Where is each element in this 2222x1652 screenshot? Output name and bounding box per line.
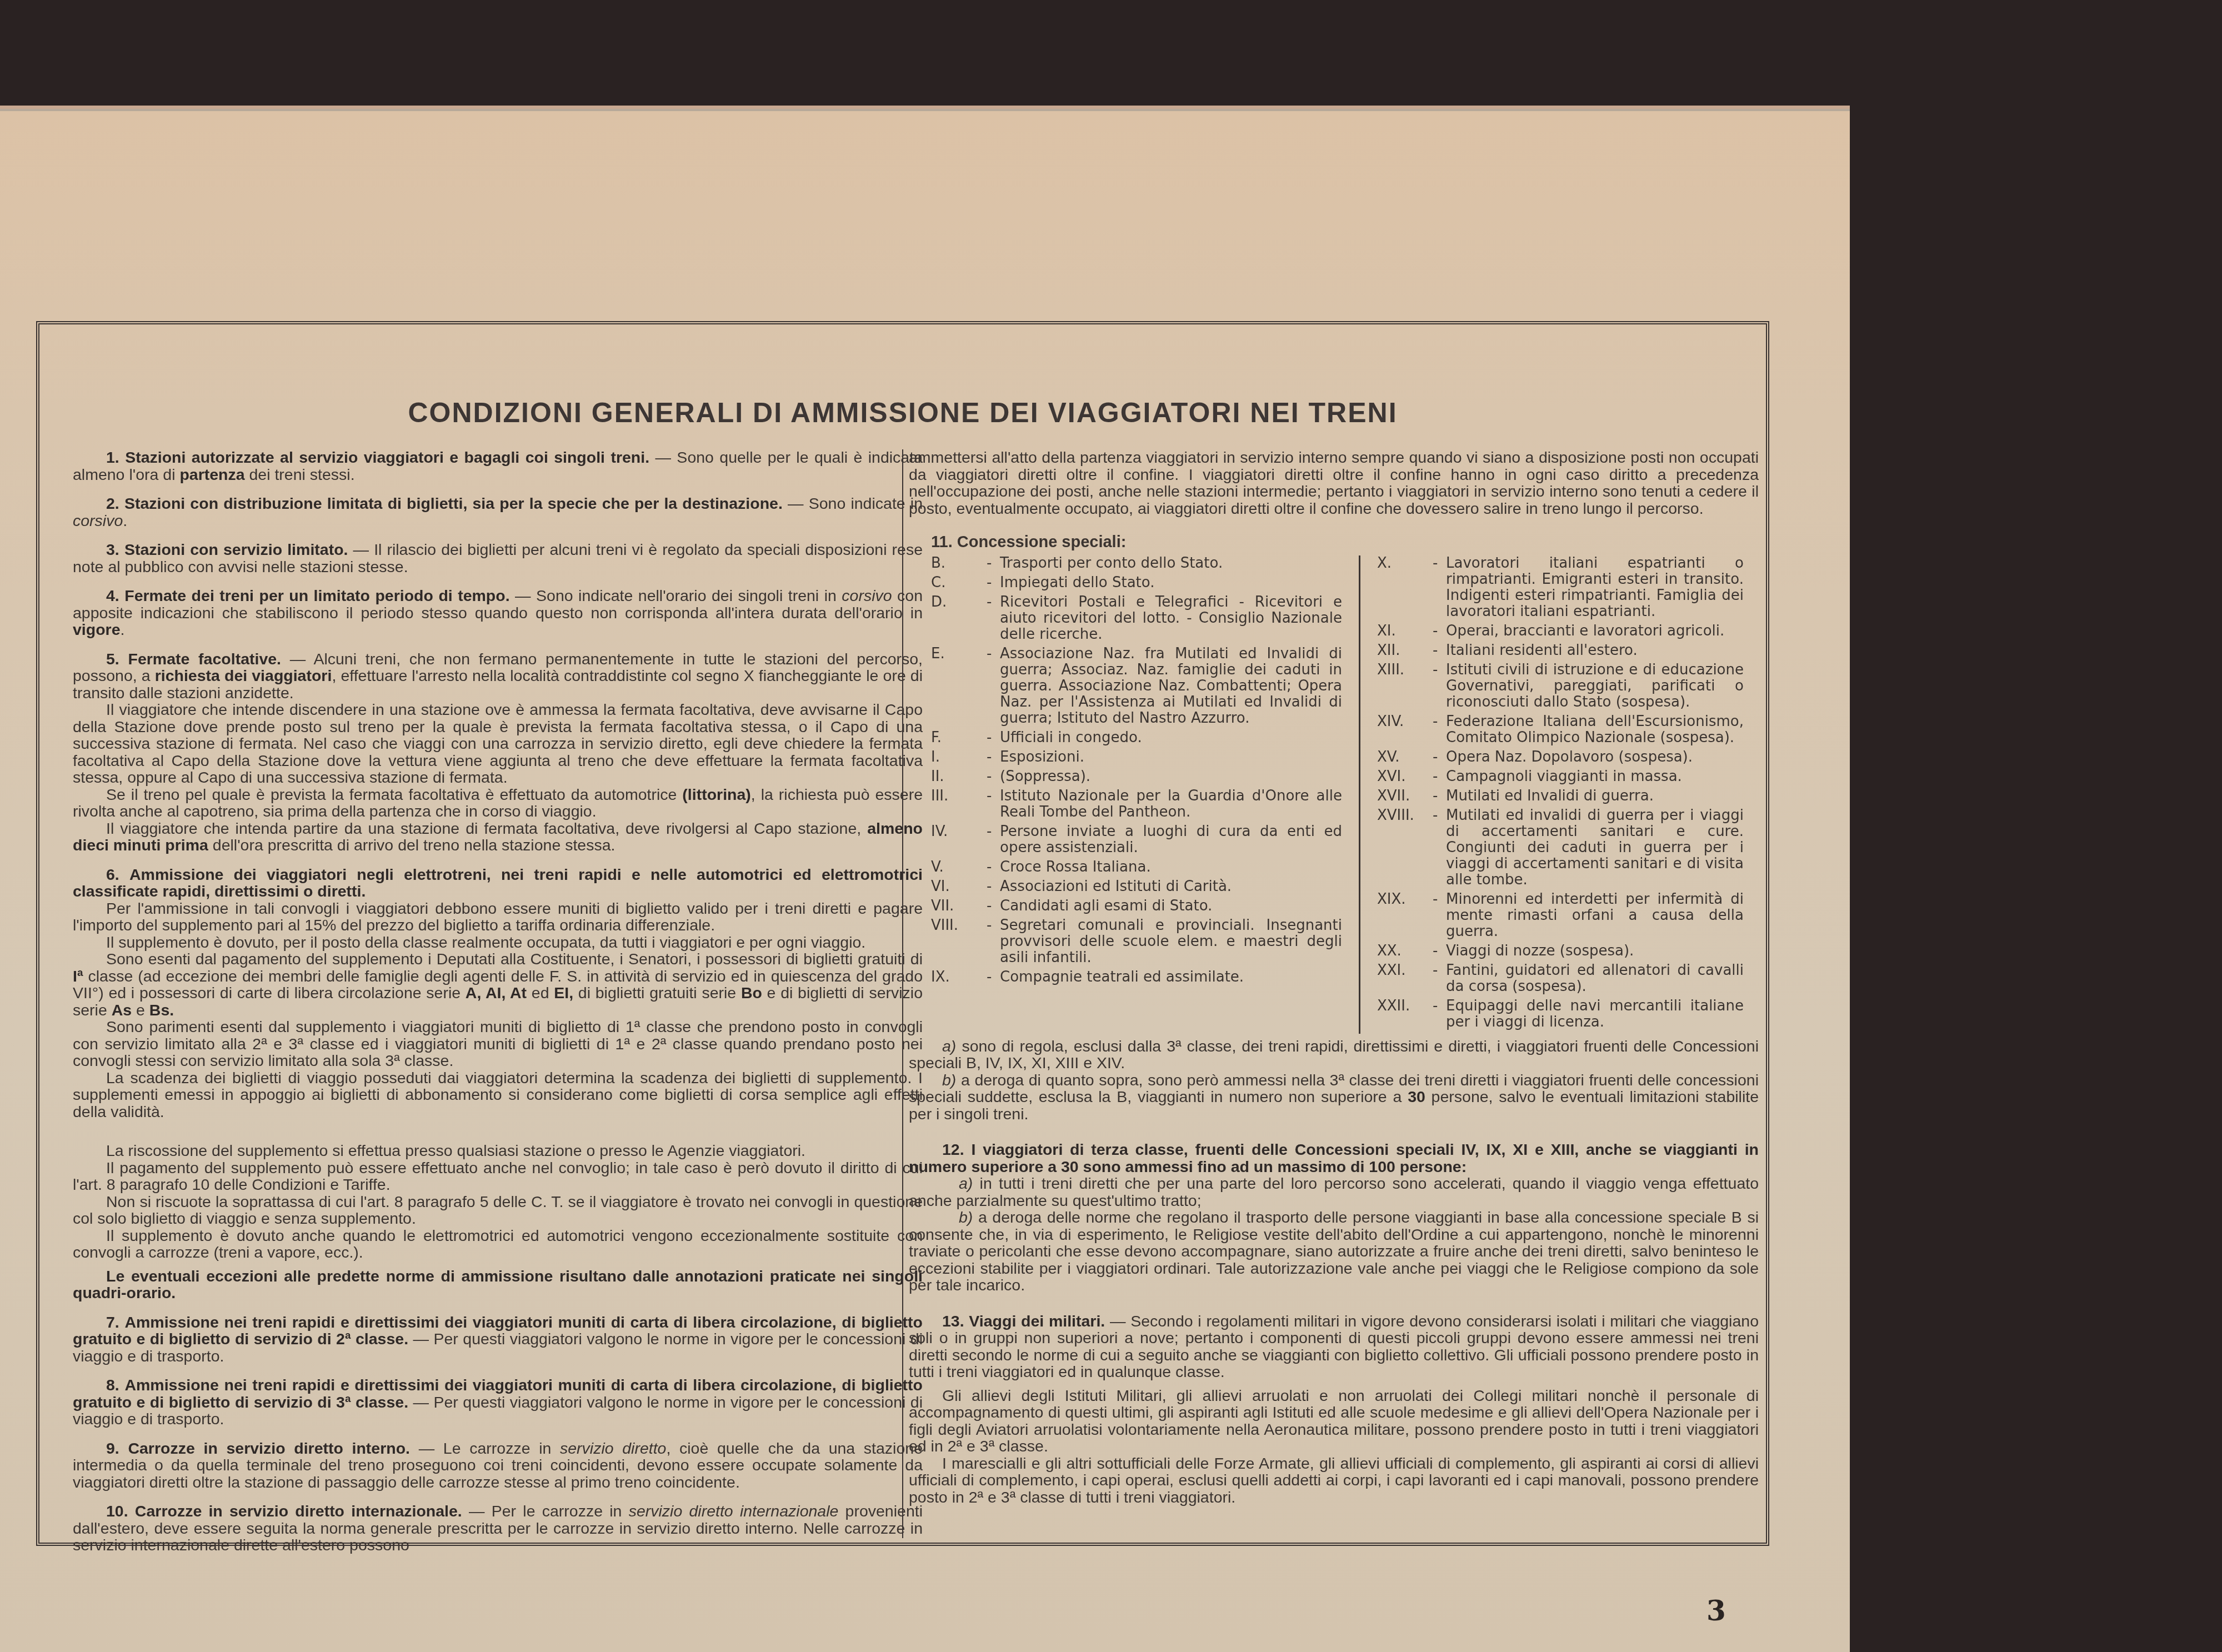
dash-separator: - [1433,892,1446,940]
section-heading: Fermate dei treni per un limitato period… [124,587,509,605]
concession-code: F. [931,730,987,746]
dash-separator: - [987,749,1000,765]
concession-text: Istituti civili di istruzione e di educa… [1446,662,1744,710]
concession-item: XII.-Italiani residenti all'estero. [1377,643,1744,659]
dash-separator: - [1433,943,1446,959]
dash-separator: - [987,646,1000,727]
concession-text: Campagnoli viaggianti in massa. [1446,769,1744,785]
dash-separator: - [1433,963,1446,995]
concession-item: X.-Lavoratori italiani espatrianti o rim… [1377,555,1744,620]
concession-code: XVI. [1377,769,1433,785]
concession-item: III.-Istituto Nazionale per la Guardia d… [931,788,1342,820]
concession-code: D. [931,594,987,643]
section-13: 13. Viaggi dei militari. — Secondo i reg… [909,1313,1759,1506]
concession-item: XXII.-Equipaggi delle navi mercantili it… [1377,998,1744,1030]
section-heading: Carrozze in servizio diretto internazion… [135,1503,462,1520]
concessions-column-b: X.-Lavoratori italiani espatrianti o rim… [1377,555,1744,1034]
dash-separator: - [987,918,1000,966]
concession-text: Croce Rossa Italiana. [1000,859,1342,875]
concession-item: XI.-Operai, braccianti e lavoratori agri… [1377,623,1744,639]
section-4: 4. Fermate dei treni per un limitato per… [73,588,923,639]
dash-separator: - [1433,623,1446,639]
dash-separator: - [987,879,1000,895]
dash-separator: - [1433,643,1446,659]
dash-separator: - [1433,808,1446,888]
concession-item: C.-Impiegati dello Stato. [931,575,1342,591]
concession-code: XV. [1377,749,1433,765]
concession-text: Associazioni ed Istituti di Carità. [1000,879,1342,895]
concession-text: (Soppressa). [1000,769,1342,785]
section-heading: Stazioni con distribuzione limitata di b… [124,495,783,513]
section-heading: Carrozze in servizio diretto interno. [128,1440,410,1458]
section-7: 7. Ammissione nei treni rapidi e diretti… [73,1314,923,1365]
concession-code: VI. [931,879,987,895]
concession-code: IX. [931,969,987,985]
dash-separator: - [987,555,1000,572]
concession-text: Trasporti per conto dello Stato. [1000,555,1342,572]
section-12: 12. I viaggiatori di terza classe, fruen… [909,1142,1759,1294]
concession-code: XI. [1377,623,1433,639]
concession-item: D.-Ricevitori Postali e Telegrafici - Ri… [931,594,1342,643]
concession-item: XVIII.-Mutilati ed invalidi di guerra pe… [1377,808,1744,888]
dash-separator: - [1433,769,1446,785]
section-2: 2. Stazioni con distribuzione limitata d… [73,495,923,529]
concession-text: Segretari comunali e provinciali. Insegn… [1000,918,1342,966]
concession-item: IX.-Compagnie teatrali ed assimilate. [931,969,1342,985]
concession-code: VII. [931,898,987,914]
concession-text: Esposizioni. [1000,749,1342,765]
concession-item: E.-Associazione Naz. fra Mutilati ed Inv… [931,646,1342,727]
dash-separator: - [987,575,1000,591]
concession-code: VIII. [931,918,987,966]
concession-code: I. [931,749,987,765]
section-8: 8. Ammissione nei treni rapidi e diretti… [73,1377,923,1428]
concession-text: Persone inviate a luoghi di cura da enti… [1000,824,1342,856]
section-heading: Ammissione dei viaggiatori negli elettro… [73,866,923,901]
dash-separator: - [1433,714,1446,746]
concession-code: XIV. [1377,714,1433,746]
concession-item: VII.-Candidati agli esami di Stato. [931,898,1342,914]
concession-item: II.-(Soppressa). [931,769,1342,785]
concession-text: Mutilati ed invalidi di guerra per i via… [1446,808,1744,888]
document-page: CONDIZIONI GENERALI DI AMMISSIONE DEI VI… [0,111,1850,1652]
section-heading: 12. I viaggiatori di terza classe, fruen… [909,1141,1759,1176]
concession-text: Ricevitori Postali e Telegrafici - Ricev… [1000,594,1342,643]
concession-item: XX.-Viaggi di nozze (sospesa). [1377,943,1744,959]
concession-code: XVII. [1377,788,1433,804]
concession-code: C. [931,575,987,591]
section-10-continued: ammettersi all'atto della partenza viagg… [909,449,1759,517]
concession-item: VIII.-Segretari comunali e provinciali. … [931,918,1342,966]
concession-text: Viaggi di nozze (sospesa). [1446,943,1744,959]
dash-separator: - [1433,749,1446,765]
concession-text: Mutilati ed Invalidi di guerra. [1446,788,1744,804]
section-6: 6. Ammissione dei viaggiatori negli elet… [73,867,923,1302]
concession-code: III. [931,788,987,820]
concession-item: XXI.-Fantini, guidatori ed allenatori di… [1377,963,1744,995]
concession-code: B. [931,555,987,572]
concession-item: XIV.-Federazione Italiana dell'Escursion… [1377,714,1744,746]
concession-text: Candidati agli esami di Stato. [1000,898,1342,914]
concession-item: XVII.-Mutilati ed Invalidi di guerra. [1377,788,1744,804]
concessions-note-a: a) sono di regola, esclusi dalla 3ª clas… [909,1038,1759,1072]
concession-item: B.-Trasporti per conto dello Stato. [931,555,1342,572]
concession-text: Operai, braccianti e lavoratori agricoli… [1446,623,1744,639]
concession-item: XIX.-Minorenni ed interdetti per infermi… [1377,892,1744,940]
section-heading: Stazioni autorizzate al servizio viaggia… [125,449,649,467]
concession-item: IV.-Persone inviate a luoghi di cura da … [931,824,1342,856]
dash-separator: - [987,769,1000,785]
page-number: 3 [1706,1594,1726,1627]
concession-code: XVIII. [1377,808,1433,888]
dash-separator: - [1433,788,1446,804]
concession-code: XX. [1377,943,1433,959]
dash-separator: - [1433,998,1446,1030]
concessions-column-a: B.-Trasporti per conto dello Stato.C.-Im… [931,555,1360,1034]
concessions-table: B.-Trasporti per conto dello Stato.C.-Im… [909,555,1759,1034]
concessions-note-b: b) a deroga di quanto sopra, sono però a… [909,1072,1759,1123]
exceptions-note: Le eventuali eccezioni alle predette nor… [73,1268,923,1303]
concession-code: XII. [1377,643,1433,659]
concession-text: Federazione Italiana dell'Escursionismo,… [1446,714,1744,746]
concession-item: XV.-Opera Naz. Dopolavoro (sospesa). [1377,749,1744,765]
concession-text: Italiani residenti all'estero. [1446,643,1744,659]
concession-text: Impiegati dello Stato. [1000,575,1342,591]
section-heading: Viaggi dei militari. [969,1313,1105,1330]
dash-separator: - [987,824,1000,856]
concession-text: Compagnie teatrali ed assimilate. [1000,969,1342,985]
concession-text: Lavoratori italiani espatrianti o rimpat… [1446,555,1744,620]
section-number: 1. [106,449,119,467]
right-column: ammettersi all'atto della partenza viagg… [909,449,1759,1506]
page-title: CONDIZIONI GENERALI DI AMMISSIONE DEI VI… [39,397,1766,429]
dash-separator: - [987,788,1000,820]
concession-code: IV. [931,824,987,856]
section-3: 3. Stazioni con servizio limitato. — Il … [73,542,923,575]
concession-text: Opera Naz. Dopolavoro (sospesa). [1446,749,1744,765]
concession-code: V. [931,859,987,875]
section-9: 9. Carrozze in servizio diretto interno.… [73,1440,923,1491]
concession-item: I.-Esposizioni. [931,749,1342,765]
concession-item: VI.-Associazioni ed Istituti di Carità. [931,879,1342,895]
concession-item: F.-Ufficiali in congedo. [931,730,1342,746]
concession-code: II. [931,769,987,785]
concession-item: XVI.-Campagnoli viaggianti in massa. [1377,769,1744,785]
concession-text: Minorenni ed interdetti per infermità di… [1446,892,1744,940]
concession-item: XIII.-Istituti civili di istruzione e di… [1377,662,1744,710]
dash-separator: - [987,730,1000,746]
concession-text: Equipaggi delle navi mercantili italiane… [1446,998,1744,1030]
section-5: 5. Fermate facoltative. — Alcuni treni, … [73,651,923,854]
concession-code: XXI. [1377,963,1433,995]
section-heading: Fermate facoltative. [128,650,282,668]
concession-item: V.-Croce Rossa Italiana. [931,859,1342,875]
concession-text: Istituto Nazionale per la Guardia d'Onor… [1000,788,1342,820]
concession-text: Associazione Naz. fra Mutilati ed Invali… [1000,646,1342,727]
dash-separator: - [987,859,1000,875]
dash-separator: - [987,594,1000,643]
dash-separator: - [987,898,1000,914]
section-1: 1. Stazioni autorizzate al servizio viag… [73,449,923,483]
concession-text: Fantini, guidatori ed allenatori di cava… [1446,963,1744,995]
section-10: 10. Carrozze in servizio diretto interna… [73,1503,923,1554]
dash-separator: - [1433,555,1446,620]
section-heading: Stazioni con servizio limitato. [124,541,348,559]
concession-code: X. [1377,555,1433,620]
concessions-heading: 11. Concessione speciali: [931,534,1759,551]
concession-code: XXII. [1377,998,1433,1030]
left-column: 1. Stazioni autorizzate al servizio viag… [73,449,923,1554]
dash-separator: - [1433,662,1446,710]
concession-code: XIX. [1377,892,1433,940]
concession-code: XIII. [1377,662,1433,710]
concession-code: E. [931,646,987,727]
dash-separator: - [987,969,1000,985]
content-frame: CONDIZIONI GENERALI DI AMMISSIONE DEI VI… [36,321,1769,1546]
concession-text: Ufficiali in congedo. [1000,730,1342,746]
